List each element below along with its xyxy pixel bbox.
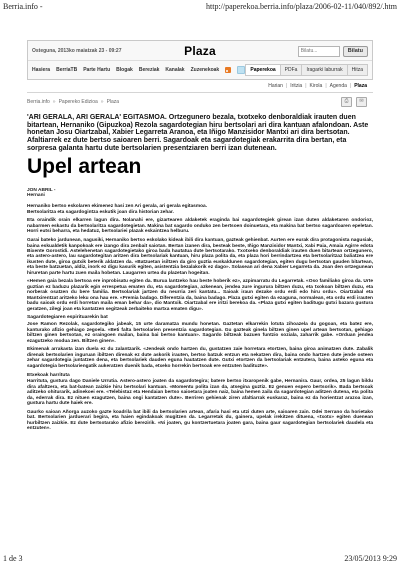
print-header: Berria.info - http://paperekoa.berria.in…: [3, 2, 397, 11]
print-timestamp: 23/05/2013 9:29: [344, 554, 397, 563]
paragraph: Harrituta, gustura dago Daniele Urrutia.…: [27, 379, 373, 406]
page-title: Plaza: [136, 44, 264, 58]
tab-hitza[interactable]: Hitza: [347, 65, 367, 75]
breadcrumb: Berria.info » Papereko Edizioa » Plaza: [27, 99, 119, 105]
paragraph: Gaurko saioan Añorga auzoko gazte koadri…: [27, 410, 373, 432]
section-agenda[interactable]: Agenda: [330, 83, 347, 89]
nav-links: Hasiera BerriaTB Parte Hartu Blogak Bere…: [32, 66, 245, 74]
nav-item-berriatb[interactable]: BerriaTB: [56, 67, 77, 73]
breadcrumb-row: Berria.info » Papereko Edizioa » Plaza ⎙…: [27, 97, 373, 107]
paragraph: Garai bateko jardunean, nagusiki, Hernan…: [27, 238, 373, 276]
print-footer: 1 de 3 23/05/2013 9:29: [3, 554, 397, 563]
separator: |: [350, 83, 351, 89]
rss-icon[interactable]: [225, 67, 231, 73]
nav-item-zuzenekoak[interactable]: Zuzenekoak: [191, 67, 220, 73]
tab-paperekoa[interactable]: Paperekoa: [246, 65, 279, 75]
article-byline: JON ABRIL - Hernani: [27, 188, 373, 199]
current-date: Osteguna, 2013ko maiatzak 23 - 09:27: [32, 48, 136, 54]
masthead: Osteguna, 2013ko maiatzak 23 - 09:27 Pla…: [27, 40, 373, 80]
subheading: Etxekoak harrituta: [27, 373, 373, 378]
separator: |: [325, 83, 326, 89]
print-header-title: Berria.info -: [3, 2, 43, 11]
breadcrumb-separator: »: [53, 99, 56, 105]
masthead-top-row: Osteguna, 2013ko maiatzak 23 - 09:27 Pla…: [28, 41, 372, 61]
print-header-url: http://paperekoa.berria.info/plaza/2006-…: [206, 2, 397, 11]
nav-item-hasiera[interactable]: Hasiera: [32, 67, 50, 73]
print-icon[interactable]: ⎙: [341, 97, 352, 107]
section-nav: Harian | Iritzia | Kirola | Agenda | Pla…: [27, 80, 373, 93]
subheading: Sagardotegiaren espirituarekin bat: [27, 315, 373, 320]
paragraph: «Hemen gaia bezala bertsoa ere inprobisa…: [27, 279, 373, 311]
nav-item-blogak[interactable]: Blogak: [116, 67, 133, 73]
nav-item-kanalak[interactable]: Kanalak: [165, 67, 184, 73]
paragraph: Eta oraindik orain elkarren lagun dira. …: [27, 218, 373, 234]
section-kirola[interactable]: Kirola: [310, 83, 323, 89]
section-harian[interactable]: Harian: [268, 83, 283, 89]
breadcrumb-separator: »: [101, 99, 104, 105]
paragraph: Hernaniko bertso eskolaren ekimenez hasi…: [27, 204, 228, 215]
article-headline: Upel artean: [27, 156, 373, 178]
section-iritzia[interactable]: Iritzia: [290, 83, 302, 89]
tab-pdfa[interactable]: PDFa: [280, 65, 302, 75]
article-kicker: 'ARI GERALA, ARI GERALA' EGITASMOA. Ortz…: [27, 114, 373, 153]
tab-iragarki-laburrak[interactable]: Iragarki laburrak: [301, 65, 346, 75]
separator: |: [305, 83, 306, 89]
main-nav: Hasiera BerriaTB Parte Hartu Blogak Bere…: [28, 61, 372, 79]
search-input[interactable]: [298, 46, 340, 57]
breadcrumb-berria[interactable]: Berria.info: [27, 99, 50, 105]
print-page-number: 1 de 3: [3, 554, 23, 563]
section-plaza[interactable]: Plaza: [354, 83, 367, 89]
paragraph: Jose Ramon Rezolak, sagardotegiko jabeak…: [27, 322, 373, 344]
edition-tabs: Paperekoa PDFa Iragarki laburrak Hitza: [245, 64, 368, 76]
article-actions: ⎙ ✉: [341, 97, 367, 107]
email-icon[interactable]: ✉: [356, 97, 367, 107]
search-area: Bilatu: [264, 46, 368, 57]
search-button[interactable]: Bilatu: [343, 46, 368, 57]
breadcrumb-plaza[interactable]: Plaza: [107, 99, 120, 105]
nav-item-parte-hartu[interactable]: Parte Hartu: [83, 67, 110, 73]
nav-item-bereziak[interactable]: Bereziak: [139, 67, 160, 73]
article-body: Hernaniko bertso eskolaren ekimenez hasi…: [27, 204, 373, 432]
article-location: Hernani: [27, 193, 373, 198]
breadcrumb-papereko-edizioa[interactable]: Papereko Edizioa: [59, 99, 98, 105]
zuzenean-icon[interactable]: [237, 66, 245, 74]
paragraph: Ekimenak arrakasta izan duela ez du zala…: [27, 347, 373, 369]
separator: |: [286, 83, 287, 89]
webpage-content: Osteguna, 2013ko maiatzak 23 - 09:27 Pla…: [27, 40, 373, 435]
